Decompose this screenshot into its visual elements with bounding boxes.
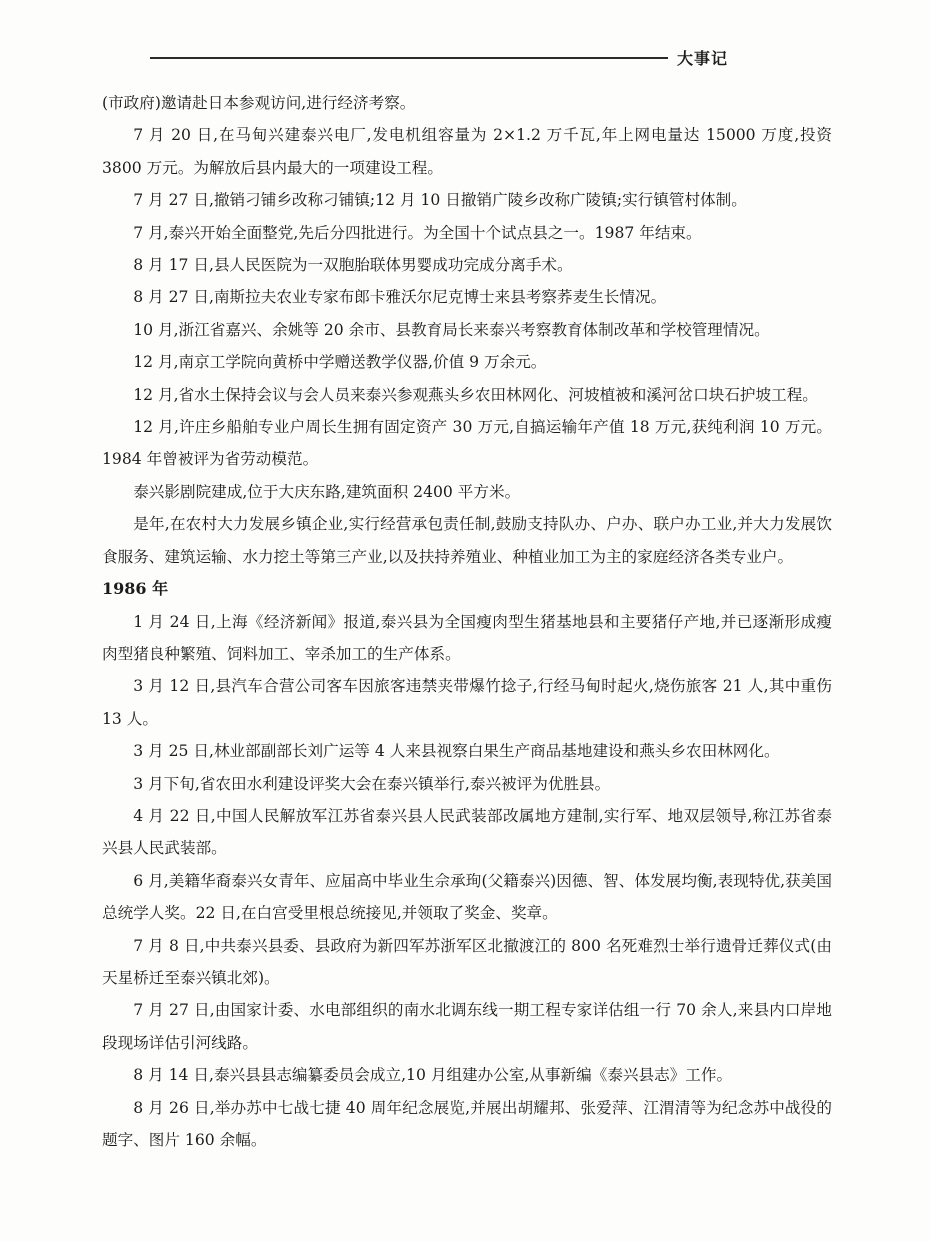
- year-heading: 1986 年: [102, 573, 832, 605]
- paragraph: 7 月,泰兴开始全面整党,先后分四批进行。为全国十个试点县之一。1987 年结束…: [102, 217, 832, 249]
- paragraph: 8 月 17 日,县人民医院为一双胞胎联体男婴成功完成分离手术。: [102, 249, 832, 281]
- paragraph: 10 月,浙江省嘉兴、余姚等 20 余市、县教育局长来泰兴考察教育体制改革和学校…: [102, 314, 832, 346]
- running-header: 大事记: [150, 46, 740, 70]
- paragraph: (市政府)邀请赴日本参观访问,进行经济考察。: [102, 87, 832, 119]
- paragraph: 7 月 27 日,撤销刁铺乡改称刁铺镇;12 月 10 日撤销广陵乡改称广陵镇;…: [102, 184, 832, 216]
- header-rule: [150, 57, 668, 59]
- paragraph: 4 月 22 日,中国人民解放军江苏省泰兴县人民武装部改属地方建制,实行军、地双…: [102, 800, 832, 865]
- document-body: (市政府)邀请赴日本参观访问,进行经济考察。 7 月 20 日,在马甸兴建泰兴电…: [102, 87, 832, 1156]
- paragraph: 3 月 12 日,县汽车合营公司客车因旅客违禁夹带爆竹捻子,行经马甸时起火,烧伤…: [102, 670, 832, 735]
- section-title: 大事记: [677, 46, 728, 69]
- paragraph: 3 月 25 日,林业部副部长刘广运等 4 人来县视察白果生产商品基地建设和燕头…: [102, 735, 832, 767]
- paragraph: 7 月 8 日,中共泰兴县委、县政府为新四军苏浙军区北撤渡江的 800 名死难烈…: [102, 930, 832, 995]
- paragraph: 8 月 14 日,泰兴县县志编纂委员会成立,10 月组建办公室,从事新编《泰兴县…: [102, 1059, 832, 1091]
- paragraph: 8 月 27 日,南斯拉夫农业专家布郎卡雅沃尔尼克博士来县考察荞麦生长情况。: [102, 281, 832, 313]
- paragraph: 12 月,许庄乡船舶专业户周长生拥有固定资产 30 万元,自搞运输年产值 18 …: [102, 411, 832, 476]
- paragraph: 7 月 27 日,由国家计委、水电部组织的南水北调东线一期工程专家详估组一行 7…: [102, 994, 832, 1059]
- paragraph: 是年,在农村大力发展乡镇企业,实行经营承包责任制,鼓励支持队办、户办、联户办工业…: [102, 508, 832, 573]
- paragraph: 1 月 24 日,上海《经济新闻》报道,泰兴县为全国瘦肉型生猪基地县和主要猪仔产…: [102, 606, 832, 671]
- paragraph: 泰兴影剧院建成,位于大庆东路,建筑面积 2400 平方米。: [102, 476, 832, 508]
- paragraph: 7 月 20 日,在马甸兴建泰兴电厂,发电机组容量为 2×1.2 万千瓦,年上网…: [102, 119, 832, 184]
- paragraph: 6 月,美籍华裔泰兴女青年、应届高中毕业生佘承珣(父籍泰兴)因德、智、体发展均衡…: [102, 865, 832, 930]
- paragraph: 12 月,南京工学院向黄桥中学赠送教学仪器,价值 9 万余元。: [102, 346, 832, 378]
- paragraph: 12 月,省水土保持会议与会人员来泰兴参观燕头乡农田林网化、河坡植被和溪河岔口块…: [102, 379, 832, 411]
- paragraph: 8 月 26 日,举办苏中七战七捷 40 周年纪念展览,并展出胡耀邦、张爱萍、江…: [102, 1092, 832, 1157]
- paragraph: 3 月下旬,省农田水利建设评奖大会在泰兴镇举行,泰兴被评为优胜县。: [102, 768, 832, 800]
